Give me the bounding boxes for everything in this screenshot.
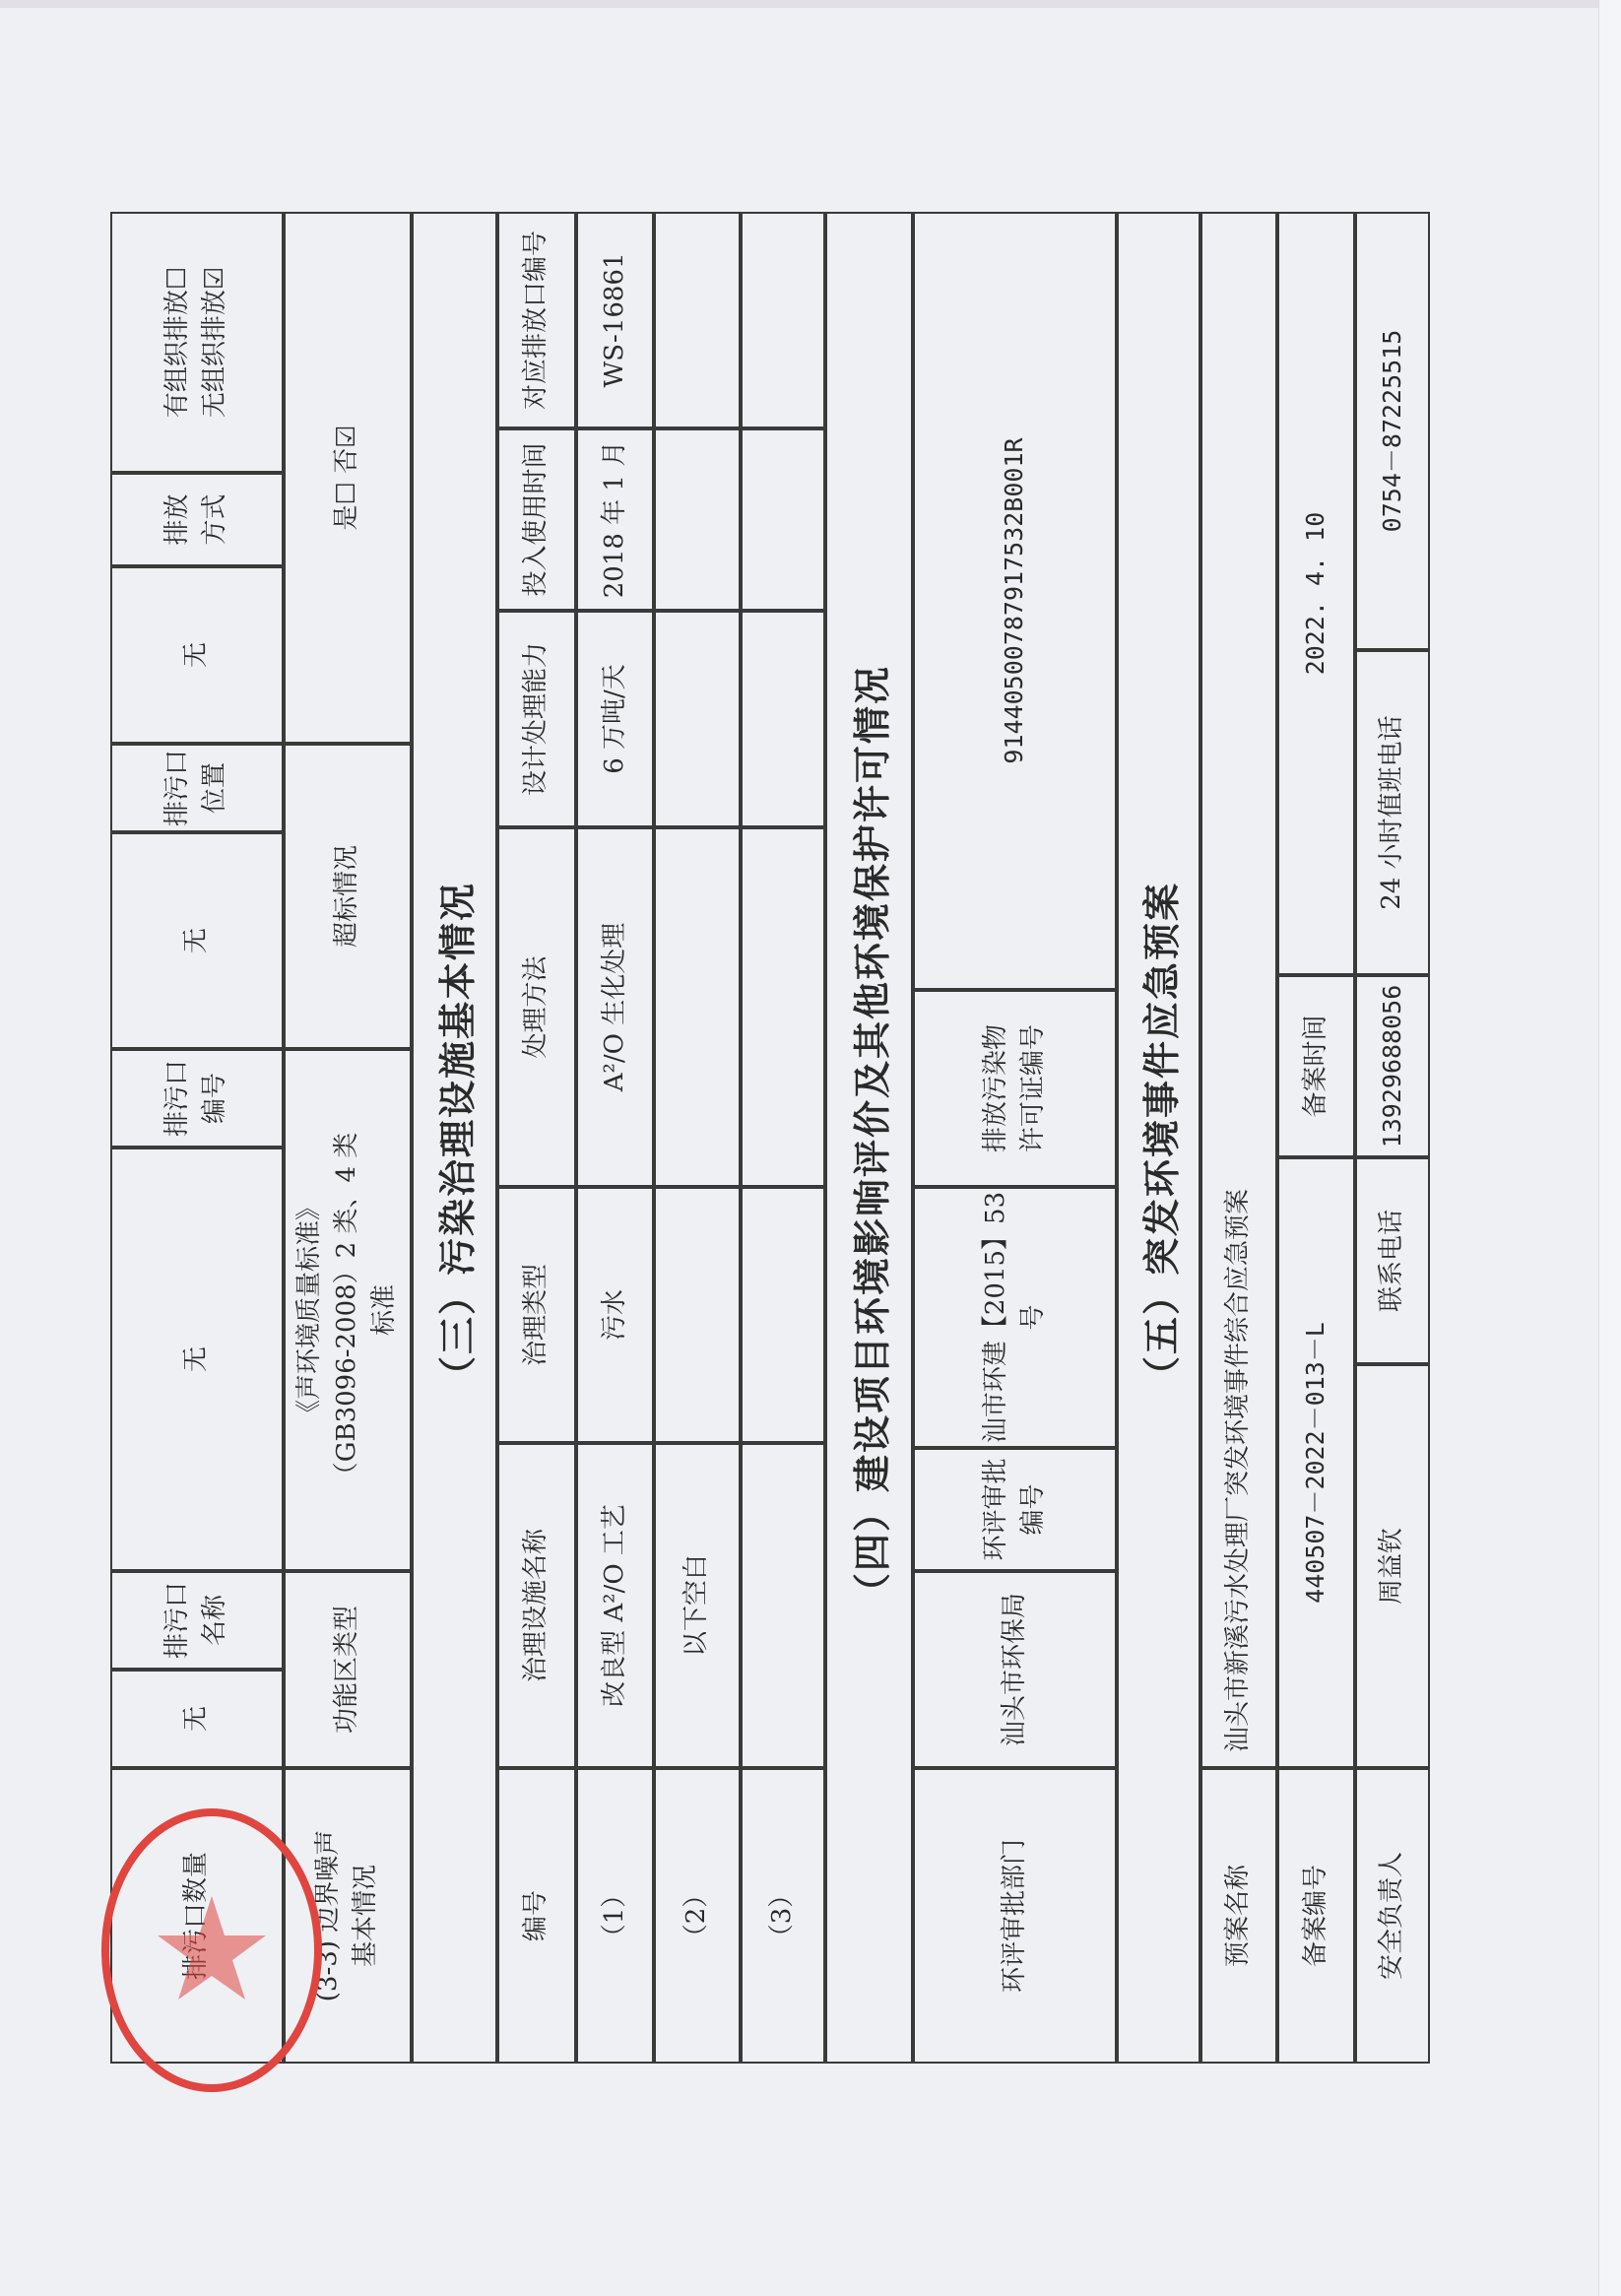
facility-row-3-method [741,827,825,1187]
value-text: 汕头市新溪污水处理厂突发环境事件综合应急预案 [1220,1189,1258,1752]
facility-row-1-method: A²/O 生化处理 [576,827,654,1187]
facility-row-1-capacity-text: 6 万吨/天 [597,664,634,774]
plan-name-value: 汕头市新溪污水处理厂突发环境事件综合应急预案 [1200,212,1277,1768]
facility-header-since-text: 投入使用时间 [518,443,555,597]
phone-label: 联系电话 [1355,1157,1430,1364]
facility-header-type: 治理类型 [497,1187,576,1443]
exceed-value: 是☐ 否☑ [284,212,412,744]
record-no-label: 备案编号 [1277,1768,1355,2064]
facility-row-2-method [654,827,741,1187]
label-text: 环评审批部门 [997,1839,1034,1993]
section4-title: （四）建设项目环境影响评价及其他环境保护许可情况 [825,212,913,2064]
duty-phone-label: 24 小时值班电话 [1355,650,1430,975]
facility-row-3-no: （3） [741,1768,825,2064]
label-text: 排污口数量 [178,1852,216,1980]
duty-phone-value: 0754－87225515 [1355,212,1430,650]
section3-title: （三）污染治理设施基本情况 [412,212,497,2064]
approval-dept-value: 汕头市环保局 [913,1571,1117,1768]
facility-header-no: 编号 [497,1768,576,2064]
value-text: 《声环境质量标准》 （GB3096-2008）2 类、4 类 标准 [292,1133,403,1488]
label-text: 排放污染物许可证编号 [978,1015,1052,1162]
function-zone-label: 功能区类型 [284,1571,412,1768]
discharge-mode-label: 排放方式 [110,473,284,566]
facility-header-type-text: 治理类型 [518,1264,555,1366]
facility-row-2-no: （2） [654,1768,741,2064]
label-text: 安全负责人 [1374,1852,1411,1980]
facility-row-1-method-text: A²/O 生化处理 [597,923,634,1092]
noise-section-label: (3-3) 边界噪声基本情况 [284,1768,412,2064]
facility-row-2-capacity [654,611,741,827]
facility-header-outlet: 对应排放口编号 [497,212,576,428]
value-text: 91440500787917532B001R [997,437,1032,763]
label-text: 24 小时值班电话 [1374,715,1411,909]
facility-row-3-type [741,1187,825,1443]
safety-person-label: 安全负责人 [1355,1768,1430,2064]
facility-row-3-capacity [741,611,825,827]
record-date-label: 备案时间 [1277,975,1355,1157]
facility-row-2-outlet [654,212,741,428]
facility-row-1-no: （1） [576,1768,654,2064]
document-page: 排污口数量 无 排污口名称 无 排污口编号 无 排污口位置 无 排放方式 有组织… [110,212,1430,2064]
title-text: （四）建设项目环境影响评价及其他环境保护许可情况 [842,665,896,1610]
facility-header-name-text: 治理设施名称 [518,1529,555,1682]
facility-row-3-since [741,428,825,611]
label-text: 联系电话 [1374,1210,1411,1312]
outlet-position-value: 无 [110,566,284,744]
facility-header-no-text: 编号 [518,1890,555,1941]
facility-row-1-outlet: WS-16861 [576,212,654,428]
facility-row-1-capacity: 6 万吨/天 [576,611,654,827]
exceed-label: 超标情况 [284,744,412,1049]
label-text: 环评审批编号 [978,1456,1052,1564]
value-text: 是☐ 否☑ [329,426,366,531]
label-text: 排污口编号 [160,1059,233,1138]
facility-row-3-name [741,1443,825,1768]
facility-row-2-no-text: （2） [679,1882,716,1950]
label-text: 预案名称 [1220,1865,1258,1967]
approval-dept-label: 环评审批部门 [913,1768,1117,2064]
value-text: 无 [178,642,216,668]
outlet-name-value: 无 [110,1148,284,1571]
plan-name-label: 预案名称 [1200,1768,1277,2064]
discharge-mode-value: 有组织排放☐ 无组织排放☑ [110,212,284,473]
facility-row-1-name: 改良型 A²/O 工艺 [576,1443,654,1768]
record-date-value: 2022. 4. 10 [1277,212,1355,975]
title-text: （五）突发环境事件应急预案 [1132,882,1186,1394]
facility-row-1-since-text: 2018 年 1 月 [597,441,634,599]
outlet-position-label: 排污口位置 [110,744,284,832]
value-text: 周益钦 [1374,1528,1411,1605]
facility-header-since: 投入使用时间 [497,428,576,611]
facility-row-2-since [654,428,741,611]
facility-row-2-name: 以下空白 [654,1443,741,1768]
value-text: 无 [178,928,216,953]
title-text: （三）污染治理设施基本情况 [427,882,482,1394]
permit-no-value: 91440500787917532B001R [913,212,1117,990]
facility-header-capacity: 设计处理能力 [497,611,576,827]
value-text: 汕头市环保局 [997,1593,1034,1746]
label-text: (3-3) 边界噪声基本情况 [310,1817,384,2014]
value-text: 有组织排放☐ 无组织排放☑ [160,267,233,418]
facility-header-method: 处理方法 [497,827,576,1187]
scan-right-edge [1598,0,1621,2296]
scan-top-edge [0,0,1621,8]
outlet-id-label: 排污口编号 [110,1049,284,1148]
facility-row-1-since: 2018 年 1 月 [576,428,654,611]
section5-title: （五）突发环境事件应急预案 [1117,212,1200,2064]
value-text: 无 [178,1706,216,1732]
permit-no-label: 排放污染物许可证编号 [913,990,1117,1187]
approval-no-label: 环评审批编号 [913,1448,1117,1571]
value-text: 0754－87225515 [1375,330,1410,533]
facility-row-1-outlet-text: WS-16861 [597,253,634,388]
label-text: 功能区类型 [329,1606,366,1734]
label-text: 超标情况 [329,845,366,948]
facility-row-2-name-text: 以下空白 [679,1554,716,1657]
facility-row-2-type [654,1187,741,1443]
value-text: 2022. 4. 10 [1298,512,1333,676]
facility-row-3-outlet [741,212,825,428]
outlet-name-label: 排污口名称 [110,1571,284,1670]
function-zone-value: 《声环境质量标准》 （GB3096-2008）2 类、4 类 标准 [284,1049,412,1571]
facility-row-1-no-text: （1） [597,1882,634,1950]
label-text: 备案编号 [1298,1865,1335,1967]
facility-header-method-text: 处理方法 [518,956,555,1059]
facility-header-outlet-text: 对应排放口编号 [518,230,555,410]
value-text: 440507－2022－013－L [1298,1322,1333,1604]
facility-header-capacity-text: 设计处理能力 [518,642,555,796]
facility-row-1-name-text: 改良型 A²/O 工艺 [597,1504,634,1707]
facility-row-3-no-text: （3） [764,1882,802,1950]
outlet-id-value: 无 [110,832,284,1049]
label-text: 备案时间 [1298,1016,1335,1118]
facility-header-name: 治理设施名称 [497,1443,576,1768]
safety-person-value: 周益钦 [1355,1364,1430,1768]
outlet-count-label: 排污口数量 [110,1768,284,2064]
value-text: 无 [178,1346,216,1372]
approval-no-value: 汕市环建【2015】53 号 [913,1187,1117,1448]
facility-row-1-type-text: 污水 [597,1289,634,1341]
value-text: 13929688056 [1375,985,1410,1148]
outlet-count-value: 无 [110,1670,284,1768]
label-text: 排污口名称 [160,1581,233,1660]
label-text: 排污口位置 [160,749,233,827]
value-text: 汕市环建【2015】53 号 [978,1189,1052,1446]
record-no-value: 440507－2022－013－L [1277,1157,1355,1768]
label-text: 排放方式 [160,491,233,550]
facility-row-1-type: 污水 [576,1187,654,1443]
phone-value: 13929688056 [1355,975,1430,1157]
